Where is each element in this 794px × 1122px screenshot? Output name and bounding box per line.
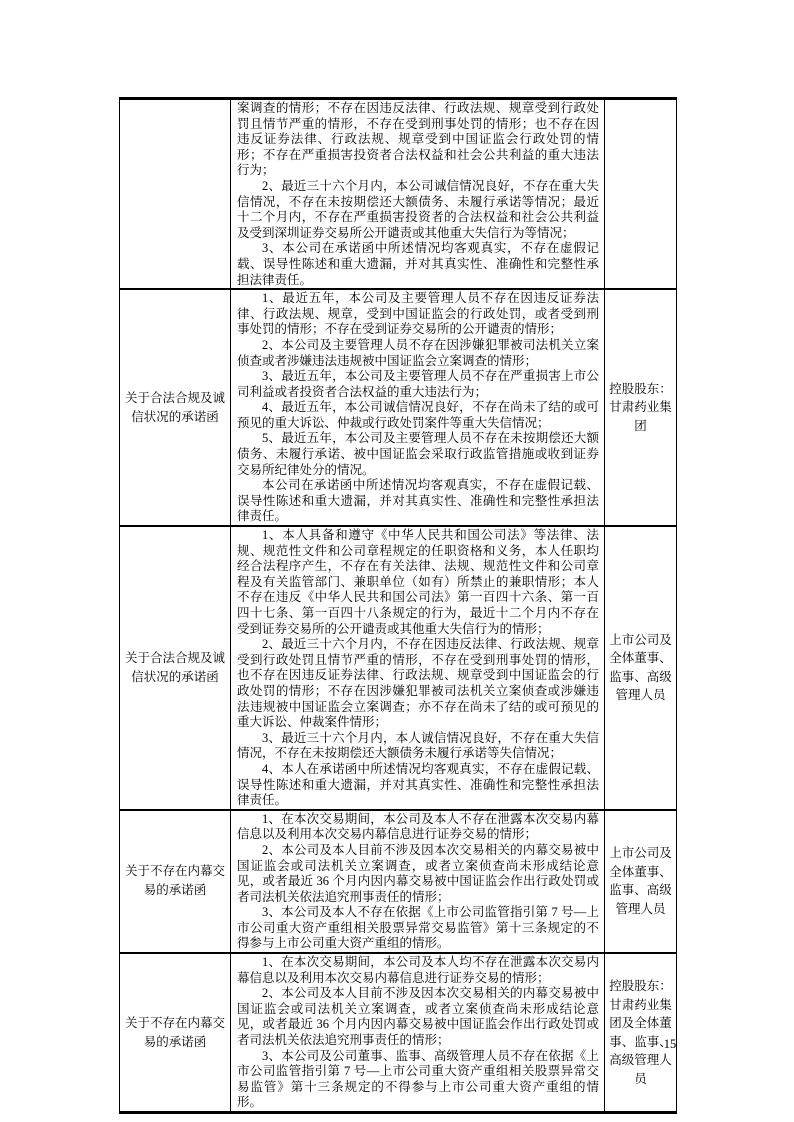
committing-party-cell: 上市公司及全体董事、监事、高级管理人员: [605, 526, 677, 810]
commitment-content-cell: 1、本人具备和遵守《中华人民共和国公司法》等法律、法规、规范性文件和公司章程规定…: [231, 526, 605, 810]
committing-party-cell: [605, 99, 677, 290]
table-row: 案调查的情形；不存在因违反法律、行政法规、规章受到行政处罚且情节严重的情形，不存…: [120, 99, 677, 290]
content-paragraph: 3、最近五年，本公司及主要管理人员不存在严重损害上市公司利益或者投资者合法权益的…: [237, 369, 599, 400]
content-paragraph: 1、本人具备和遵守《中华人民共和国公司法》等法律、法规、规范性文件和公司章程规定…: [237, 528, 599, 637]
commitment-content-cell: 案调查的情形；不存在因违反法律、行政法规、规章受到行政处罚且情节严重的情形，不存…: [231, 99, 605, 290]
content-paragraph: 1、在本次交易期间，本公司及本人不存在泄露本次交易内幕信息以及利用本次交易内幕信…: [237, 812, 599, 843]
content-paragraph: 1、最近五年，本公司及主要管理人员不存在因违反证券法律、行政法规、规章，受到中国…: [237, 291, 599, 338]
content-paragraph: 2、最近三十六个月内，本公司诚信情况良好，不存在重大失信情况，不存在未按期偿还大…: [237, 179, 599, 241]
content-paragraph: 3、本公司及公司董事、监事、高级管理人员不存在依据《上市公司监管指引第 7 号—…: [237, 1049, 599, 1111]
content-paragraph: 3、本公司在承诺函中所述情况均客观真实，不存在虚假记载、误导性陈述和重大遗漏，并…: [237, 241, 599, 288]
content-paragraph: 2、最近三十六个月内，不存在因违反法律、行政法规、规章受到行政处罚且情节严重的情…: [237, 637, 599, 731]
document-page: 案调查的情形；不存在因违反法律、行政法规、规章受到行政处罚且情节严重的情形，不存…: [0, 0, 794, 1122]
content-paragraph: 本公司在承诺函中所述情况均客观真实，不存在虚假记载、误导性陈述和重大遗漏，并对其…: [237, 478, 599, 525]
content-paragraph: 1、在本次交易期间，本公司及本人均不存在泄露本次交易内幕信息以及利用本次交易内幕…: [237, 955, 599, 986]
commitment-content-cell: 1、最近五年，本公司及主要管理人员不存在因违反证券法律、行政法规、规章，受到中国…: [231, 289, 605, 526]
content-paragraph: 5、最近五年，本公司及主要管理人员不存在未按期偿还大额债务、未履行承诺、被中国证…: [237, 431, 599, 478]
commitment-name-cell: 关于合法合规及诚信状况的承诺函: [120, 526, 231, 810]
commitment-content-cell: 1、在本次交易期间，本公司及本人不存在泄露本次交易内幕信息以及利用本次交易内幕信…: [231, 810, 605, 953]
content-paragraph: 案调查的情形；不存在因违反法律、行政法规、规章受到行政处罚且情节严重的情形，不存…: [237, 101, 599, 179]
committing-party-cell: 控股股东：甘肃药业集团及全体董事、监事、高级管理人员: [605, 953, 677, 1112]
committing-party-cell: 控股股东：甘肃药业集团: [605, 289, 677, 526]
content-paragraph: 2、本公司及主要管理人员不存在因涉嫌犯罪被司法机关立案侦查或者涉嫌违法违规被中国…: [237, 338, 599, 369]
commitments-table: 案调查的情形；不存在因违反法律、行政法规、规章受到行政处罚且情节严重的情形，不存…: [119, 97, 677, 1114]
table-row: 关于不存在内幕交易的承诺函 1、在本次交易期间，本公司及本人不存在泄露本次交易内…: [120, 810, 677, 953]
page-number: 15: [652, 1037, 688, 1052]
table-row: 关于合法合规及诚信状况的承诺函 1、最近五年，本公司及主要管理人员不存在因违反证…: [120, 289, 677, 526]
content-paragraph: 2、本公司及本人目前不涉及因本次交易相关的内幕交易被中国证监会或司法机关立案调查…: [237, 986, 599, 1048]
commitment-name-cell: 关于合法合规及诚信状况的承诺函: [120, 289, 231, 526]
committing-party-cell: 上市公司及全体董事、监事、高级管理人员: [605, 810, 677, 953]
commitment-name-cell: 关于不存在内幕交易的承诺函: [120, 810, 231, 953]
content-paragraph: 3、最近三十六个月内，本人诚信情况良好，不存在重大失信情况，不存在未按期偿还大额…: [237, 731, 599, 762]
content-paragraph: 2、本公司及本人目前不涉及因本次交易相关的内幕交易被中国证监会或司法机关立案调查…: [237, 843, 599, 905]
commitment-name-cell: 关于不存在内幕交易的承诺函: [120, 953, 231, 1112]
content-paragraph: 4、本人在承诺函中所述情况均客观真实，不存在虚假记载、误导性陈述和重大遗漏，并对…: [237, 762, 599, 809]
content-paragraph: 3、本公司及本人不存在依据《上市公司监管指引第 7 号—上市公司重大资产重组相关…: [237, 905, 599, 952]
commitment-content-cell: 1、在本次交易期间，本公司及本人均不存在泄露本次交易内幕信息以及利用本次交易内幕…: [231, 953, 605, 1112]
table-row: 关于不存在内幕交易的承诺函 1、在本次交易期间，本公司及本人均不存在泄露本次交易…: [120, 953, 677, 1112]
commitment-name-cell: [120, 99, 231, 290]
table-row: 关于合法合规及诚信状况的承诺函 1、本人具备和遵守《中华人民共和国公司法》等法律…: [120, 526, 677, 810]
content-paragraph: 4、最近五年，本公司诚信情况良好，不存在尚未了结的或可预见的重大诉讼、仲裁或行政…: [237, 400, 599, 431]
